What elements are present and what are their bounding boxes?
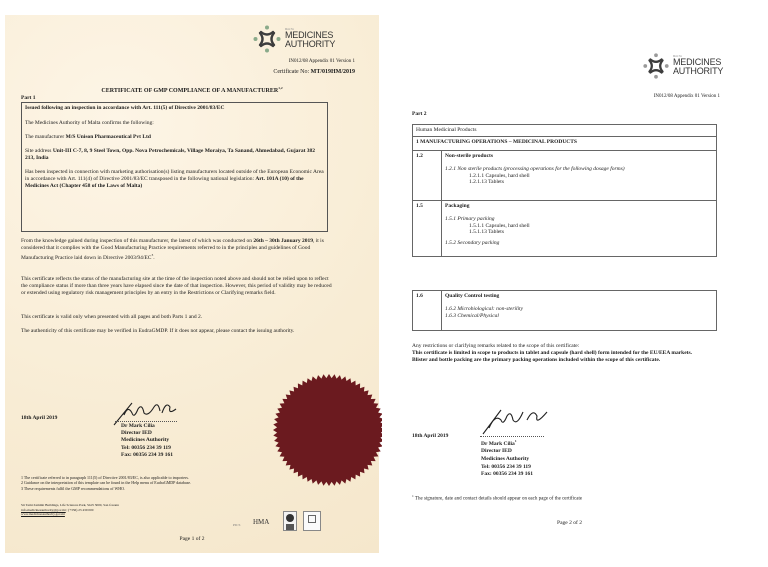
section-subheading-2: 1.5.2 Secondary packing [445,240,713,247]
footnote-text: The signature, date and contact details … [415,497,582,502]
inspected-paragraph: Has been inspected in connection with ma… [25,169,325,189]
manufacturer-label: The manufacturer [25,134,64,140]
footnote-marker: 1 [412,494,414,498]
table-header-cell: Human Medicinal Products [413,125,717,137]
qc-section-content: Quality Control testing 1.6.2 Microbiolo… [442,291,717,331]
remarks-scope: This certificate is limited in scope to … [412,350,727,357]
signatory-tel: Tel: 00356 234 39 119 [121,445,173,452]
part-1-box: Issued following an inspection in accord… [21,102,328,232]
logo-line2: AUTHORITY [673,67,723,76]
signatory-title: Director IED [121,430,173,437]
remarks-block: Any restrictions or clarifying remarks r… [412,343,727,363]
page-number: Page 1 of 2 [5,536,379,543]
email-link[interactable]: info.medicinesauthority@gov.mt [21,508,66,512]
signature-icon [477,406,552,436]
compliance-footnote-ref: 3 [151,253,153,257]
section-subheading: 1.5.1 Primary packing [445,216,713,223]
certificate-number-value: MT/019HM/2019 [311,69,355,75]
signatory-footnote-ref: 1 [515,439,517,443]
issue-date: 18th April 2019 [21,415,57,422]
signatory-org: Medicines Authority [481,456,533,464]
pics-logo: PICS [233,523,240,527]
doc-reference: IN012/08 Appendix 01 Version 1 [255,59,355,65]
doc-reference: IN012/08 Appendix 01 Version 1 [617,94,720,100]
manufacturing-operations-table: Human Medicinal Products 1 MANUFACTURING… [412,124,717,257]
manufacturer-name: M/S Unison Pharmaceutical Pvt Ltd [66,134,151,140]
hma-logo: HMA [253,518,269,526]
medicines-authority-emblem-icon [642,52,670,80]
signatory-name-line: Dr Mark Cilia1 [481,438,533,448]
human-medicinal-products: Human Medicinal Products [416,127,477,133]
signatory-name: Dr Mark Cilia [121,423,173,430]
section-content: Packaging 1.5.1 Primary packing 1.5.1.1 … [442,201,717,257]
footnotes: 1 The certificate referred to in paragra… [21,475,321,491]
manufacturing-operations-title: 1 MANUFACTURING OPERATIONS – MEDICINAL P… [416,139,577,145]
qc-item: 1.6.3 Chemical/Physical [445,313,713,320]
part-1-label: Part 1 [21,95,36,102]
issued-heading: Issued following an inspection in accord… [25,105,325,112]
website-link[interactable]: www.medicinesauthority.gov.mt [21,512,201,517]
qc-item: 1.6.2 Microbiological: non-sterility [445,306,713,313]
signatory-tel: Tel: 00356 234 39 119 [481,464,533,472]
red-seal-icon [267,370,382,490]
certificate-page-1: MALTA MEDICINES AUTHORITY IN012/08 Appen… [5,15,379,553]
title-footnote-ref: 1,2 [278,86,282,90]
certificate-page-2: MALTA MEDICINES AUTHORITY IN012/08 Appen… [392,0,768,567]
section-title-cell: 1 MANUFACTURING OPERATIONS – MEDICINAL P… [413,137,717,151]
signatory-fax: Fax: 00356 234 39 161 [481,471,533,479]
signatory-block: Dr Mark Cilia Director IED Medicines Aut… [121,423,173,459]
section-item: 1.2.1.13 Tablets [445,179,713,186]
certificate-title: CERTIFICATE OF GMP COMPLIANCE OF A MANUF… [5,85,379,95]
section-title: Packaging [445,203,713,210]
certificate-title-text: CERTIFICATE OF GMP COMPLIANCE OF A MANUF… [101,88,278,94]
compliance-text-a: From the knowledge gained during inspect… [21,238,252,244]
edqm-logo [303,511,321,531]
medicines-authority-logo: MALTA MEDICINES AUTHORITY [642,52,723,80]
site-address-line: Site address Unit-III C-7, 8, 9 Steel To… [25,148,325,162]
table-row: 1.6 Quality Control testing 1.6.2 Microb… [413,291,717,331]
validity-paragraph: This certificate reflects the status of … [21,276,333,296]
site-address-value: Unit-III C-7, 8, 9 Steel Town, Opp. Nova… [25,148,315,161]
signatory-fax: Fax: 00356 234 39 161 [121,452,173,459]
logo-line2: AUTHORITY [285,40,335,49]
section-title: Non-sterile products [445,153,713,160]
iso-certified-logo [283,511,297,531]
authenticity-paragraph: The authenticity of this certificate may… [21,328,321,335]
manufacturer-line: The manufacturer M/S Unison Pharmaceutic… [25,134,325,141]
confirm-text: The Medicines Authority of Malta confirm… [25,120,325,127]
valid-pages-paragraph: This certificate is valid only when pres… [21,314,333,321]
certificate-number-label: Certificate No: [273,69,309,75]
qc-title: Quality Control testing [445,293,713,300]
section-number: 1.2 [413,151,442,201]
footnote-3: 3 These requirements fulfil the GMP reco… [21,486,321,491]
table-row: 1.2 Non-sterile products 1.2.1 Non steri… [413,151,717,201]
part-2-label: Part 2 [412,111,427,118]
section-content: Non-sterile products 1.2.1 Non sterile p… [442,151,717,201]
signatory-title: Director IED [481,448,533,456]
page-number: Page 2 of 2 [392,520,747,527]
section-number: 1.5 [413,201,442,257]
section-item: 1.5.1.13 Tablets [445,229,713,236]
signatory-org: Medicines Authority [121,437,173,444]
remarks-intro: Any restrictions or clarifying remarks r… [412,343,727,350]
quality-control-table: 1.6 Quality Control testing 1.6.2 Microb… [412,290,717,331]
qc-section-number: 1.6 [413,291,442,331]
section-subheading: 1.2.1 Non sterile products (processing o… [445,166,713,173]
address-block: Sir Temi Zammit Buildings, Life Sciences… [21,503,201,517]
certificate-number: Certificate No: MT/019HM/2019 [225,69,355,76]
section-item: 1.2.1.1 Capsules, hard shell [445,173,713,180]
signature-line [115,421,177,422]
section-item: 1.5.1.1 Capsules, hard shell [445,223,713,230]
signatory-name: Dr Mark Cilia [481,441,515,447]
signature-line [480,436,544,437]
medicines-authority-emblem-icon [252,24,282,54]
inspection-dates: 26th – 30th January 2019 [253,238,313,244]
issue-date: 18th April 2019 [412,433,448,440]
medicines-authority-logo: MALTA MEDICINES AUTHORITY [252,24,335,54]
remarks-packing: Blister and bottle packing are the prima… [412,357,727,364]
site-address-label: Site address [25,148,51,154]
signatory-block: Dr Mark Cilia1 Director IED Medicines Au… [481,438,533,479]
table-row: 1.5 Packaging 1.5.1 Primary packing 1.5.… [413,201,717,257]
compliance-paragraph: From the knowledge gained during inspect… [21,238,333,261]
signature-footnote: 1 The signature, date and contact detail… [412,493,712,503]
phone-text: | (+356) 23 439 000 [67,508,94,512]
